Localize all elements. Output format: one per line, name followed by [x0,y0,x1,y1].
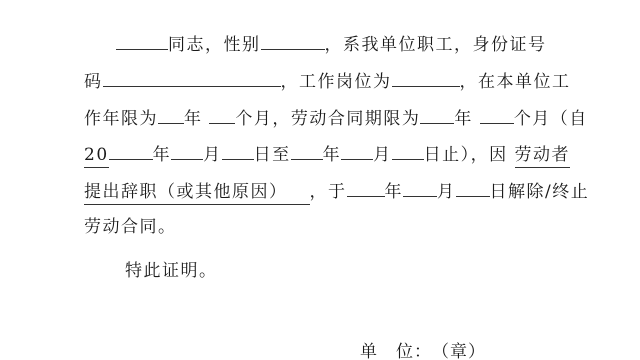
name-blank[interactable] [116,31,168,50]
reason-field-continued[interactable]: 提出辞职（或其他原因） [84,180,310,205]
end-month-blank[interactable] [341,141,373,160]
text: 日止），因 [424,143,508,167]
termination-day-blank[interactable] [456,178,490,197]
termination-month-blank[interactable] [403,178,437,197]
text: 月 [203,143,222,167]
start-day-blank[interactable] [222,141,254,160]
line-2: 码，工作岗位为，在本单位工 [84,68,571,92]
contract-months-blank[interactable] [480,105,514,124]
termination-year-blank[interactable] [347,178,385,197]
unit-label: 单 位： [360,340,432,360]
end-day-blank[interactable] [392,141,424,160]
text: 年 [385,180,404,204]
contract-years-blank[interactable] [420,105,454,124]
text: 劳动合同。 [84,215,177,239]
text: ，于 [310,180,347,204]
text: 作年限为 [84,107,158,131]
id-number-blank[interactable] [103,68,281,87]
start-year-blank[interactable] [109,141,153,160]
text: 码 [84,70,103,94]
line-6: 劳动合同。 [84,215,177,239]
line-4: 20年月日至年月日止），因 劳动者 [84,141,570,165]
text: ，在本单位工 [460,70,571,94]
text: 年 [323,143,342,167]
text: 月 [437,180,456,204]
work-months-blank[interactable] [209,105,235,124]
text: 日解除/终止 [490,180,590,204]
reason-field[interactable]: 劳动者 [515,143,571,168]
text: ，系我单位职工，身份证号 [325,33,547,57]
line-1: 同志，性别，系我单位职工，身份证号 [116,31,547,55]
gender-blank[interactable] [261,31,325,50]
text: 年 [184,107,203,131]
closing-statement: 特此证明。 [125,259,218,283]
text: ，工作岗位为 [281,70,392,94]
start-year-prefix[interactable]: 20 [84,143,109,168]
signature-block: 单 位：（章） [360,340,486,360]
end-year-blank[interactable] [291,141,323,160]
work-years-blank[interactable] [158,105,184,124]
text: 月 [373,143,392,167]
start-month-blank[interactable] [171,141,203,160]
line-3: 作年限为年 个月，劳动合同期限为年 个月（自 [84,105,588,129]
text: 日至 [254,143,291,167]
text: 个月，劳动合同期限为 [235,107,420,131]
line-5: 提出辞职（或其他原因），于年月日解除/终止 [84,178,589,202]
seal-placeholder: （章） [432,340,486,360]
position-blank[interactable] [392,68,460,87]
text: 年 [454,107,473,131]
text: 年 [153,143,172,167]
text: 同志，性别 [168,33,261,57]
text: 个月（自 [514,107,588,131]
